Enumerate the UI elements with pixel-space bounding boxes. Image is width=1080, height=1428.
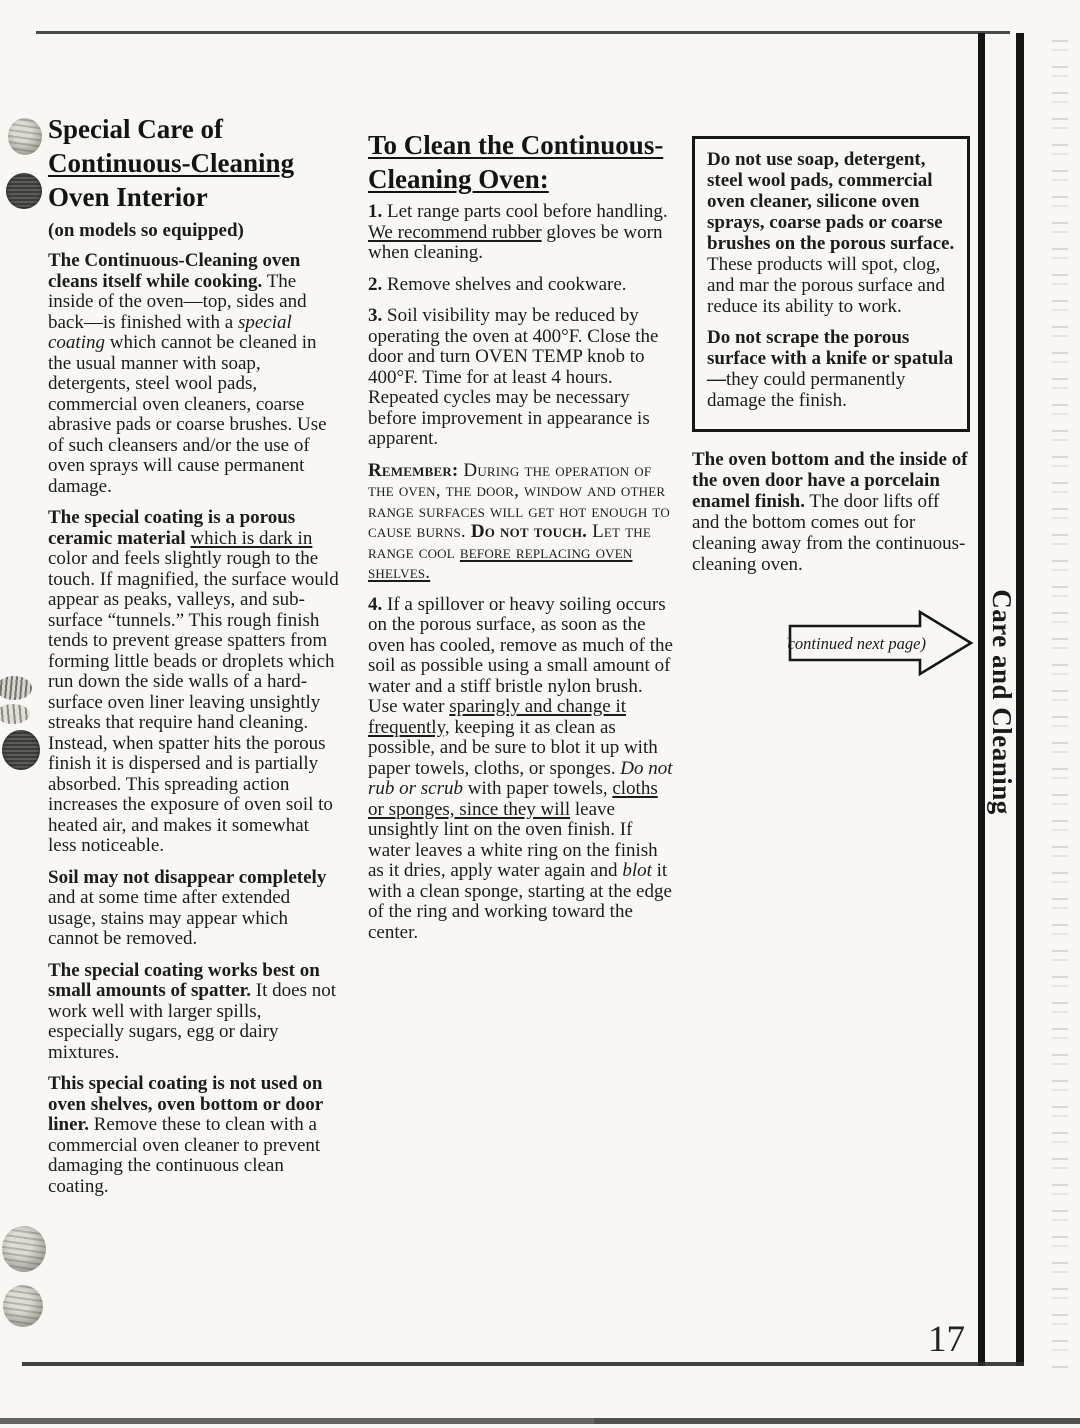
heading-line: Special Care of: [48, 112, 342, 146]
top-rule: [36, 31, 1010, 34]
heading-line: Cleaning Oven:: [368, 162, 676, 196]
paragraph: The special coating works best on small …: [48, 961, 342, 1064]
paragraph: Soil may not disappear completely and at…: [48, 868, 342, 950]
warning-paragraph: Do not scrape the porous surface with a …: [707, 327, 955, 411]
step-item: 3. Soil visibility may be reduced by ope…: [368, 306, 676, 450]
manual-page: Special Care of Continuous-Cleaning Oven…: [0, 0, 1080, 1428]
heading-line: Continuous-Cleaning: [48, 146, 342, 180]
step-item: 1. Let range parts cool before handling.…: [368, 202, 676, 264]
margin-blob-icon: [2, 1226, 46, 1272]
heading-line: Oven Interior: [48, 180, 342, 214]
porcelain-note: The oven bottom and the inside of the ov…: [692, 449, 970, 575]
scan-noise-artifact: [1052, 40, 1068, 1370]
heading-line: To Clean the Continuous-: [368, 128, 676, 162]
paragraph: This special coating is not used on oven…: [48, 1074, 342, 1197]
border-rule-inner: [978, 33, 985, 1366]
paragraph: The oven bottom and the inside of the ov…: [692, 449, 970, 575]
paragraph: The Continuous-Cleaning oven cleans itse…: [48, 251, 342, 497]
page-number: 17: [928, 1318, 965, 1361]
margin-blob-icon: [0, 676, 32, 700]
chapter-tab-label: Care and Cleaning: [985, 552, 1019, 852]
remember-note: Remember: During the operation of the ov…: [368, 461, 676, 584]
middle-column: To Clean the Continuous- Cleaning Oven: …: [368, 128, 676, 954]
models-note: (on models so equipped): [48, 220, 342, 242]
margin-blob-icon: [6, 173, 42, 209]
continued-next-page-arrow-icon: (continued next page): [787, 609, 975, 677]
warning-paragraph: Do not use soap, detergent, steel wool p…: [707, 149, 955, 317]
warning-box: Do not use soap, detergent, steel wool p…: [692, 136, 970, 432]
left-column: Special Care of Continuous-Cleaning Oven…: [48, 112, 342, 1208]
margin-blob-icon: [2, 730, 40, 770]
margin-blob-icon: [3, 1285, 43, 1327]
step-item: 2. Remove shelves and cookware.: [368, 275, 676, 296]
margin-blob-icon: [8, 118, 42, 155]
right-column: Do not use soap, detergent, steel wool p…: [692, 136, 970, 677]
bottom-rule: [22, 1362, 1024, 1366]
scan-edge-artifact: [0, 1418, 1080, 1424]
section-heading: To Clean the Continuous- Cleaning Oven:: [368, 128, 676, 196]
margin-blob-icon: [0, 704, 30, 724]
section-heading: Special Care of Continuous-Cleaning Oven…: [48, 112, 342, 214]
paragraph: The special coating is a porous ceramic …: [48, 508, 342, 857]
continued-note: (continued next page): [787, 634, 926, 653]
step-item: 4. If a spillover or heavy soiling occur…: [368, 595, 676, 944]
